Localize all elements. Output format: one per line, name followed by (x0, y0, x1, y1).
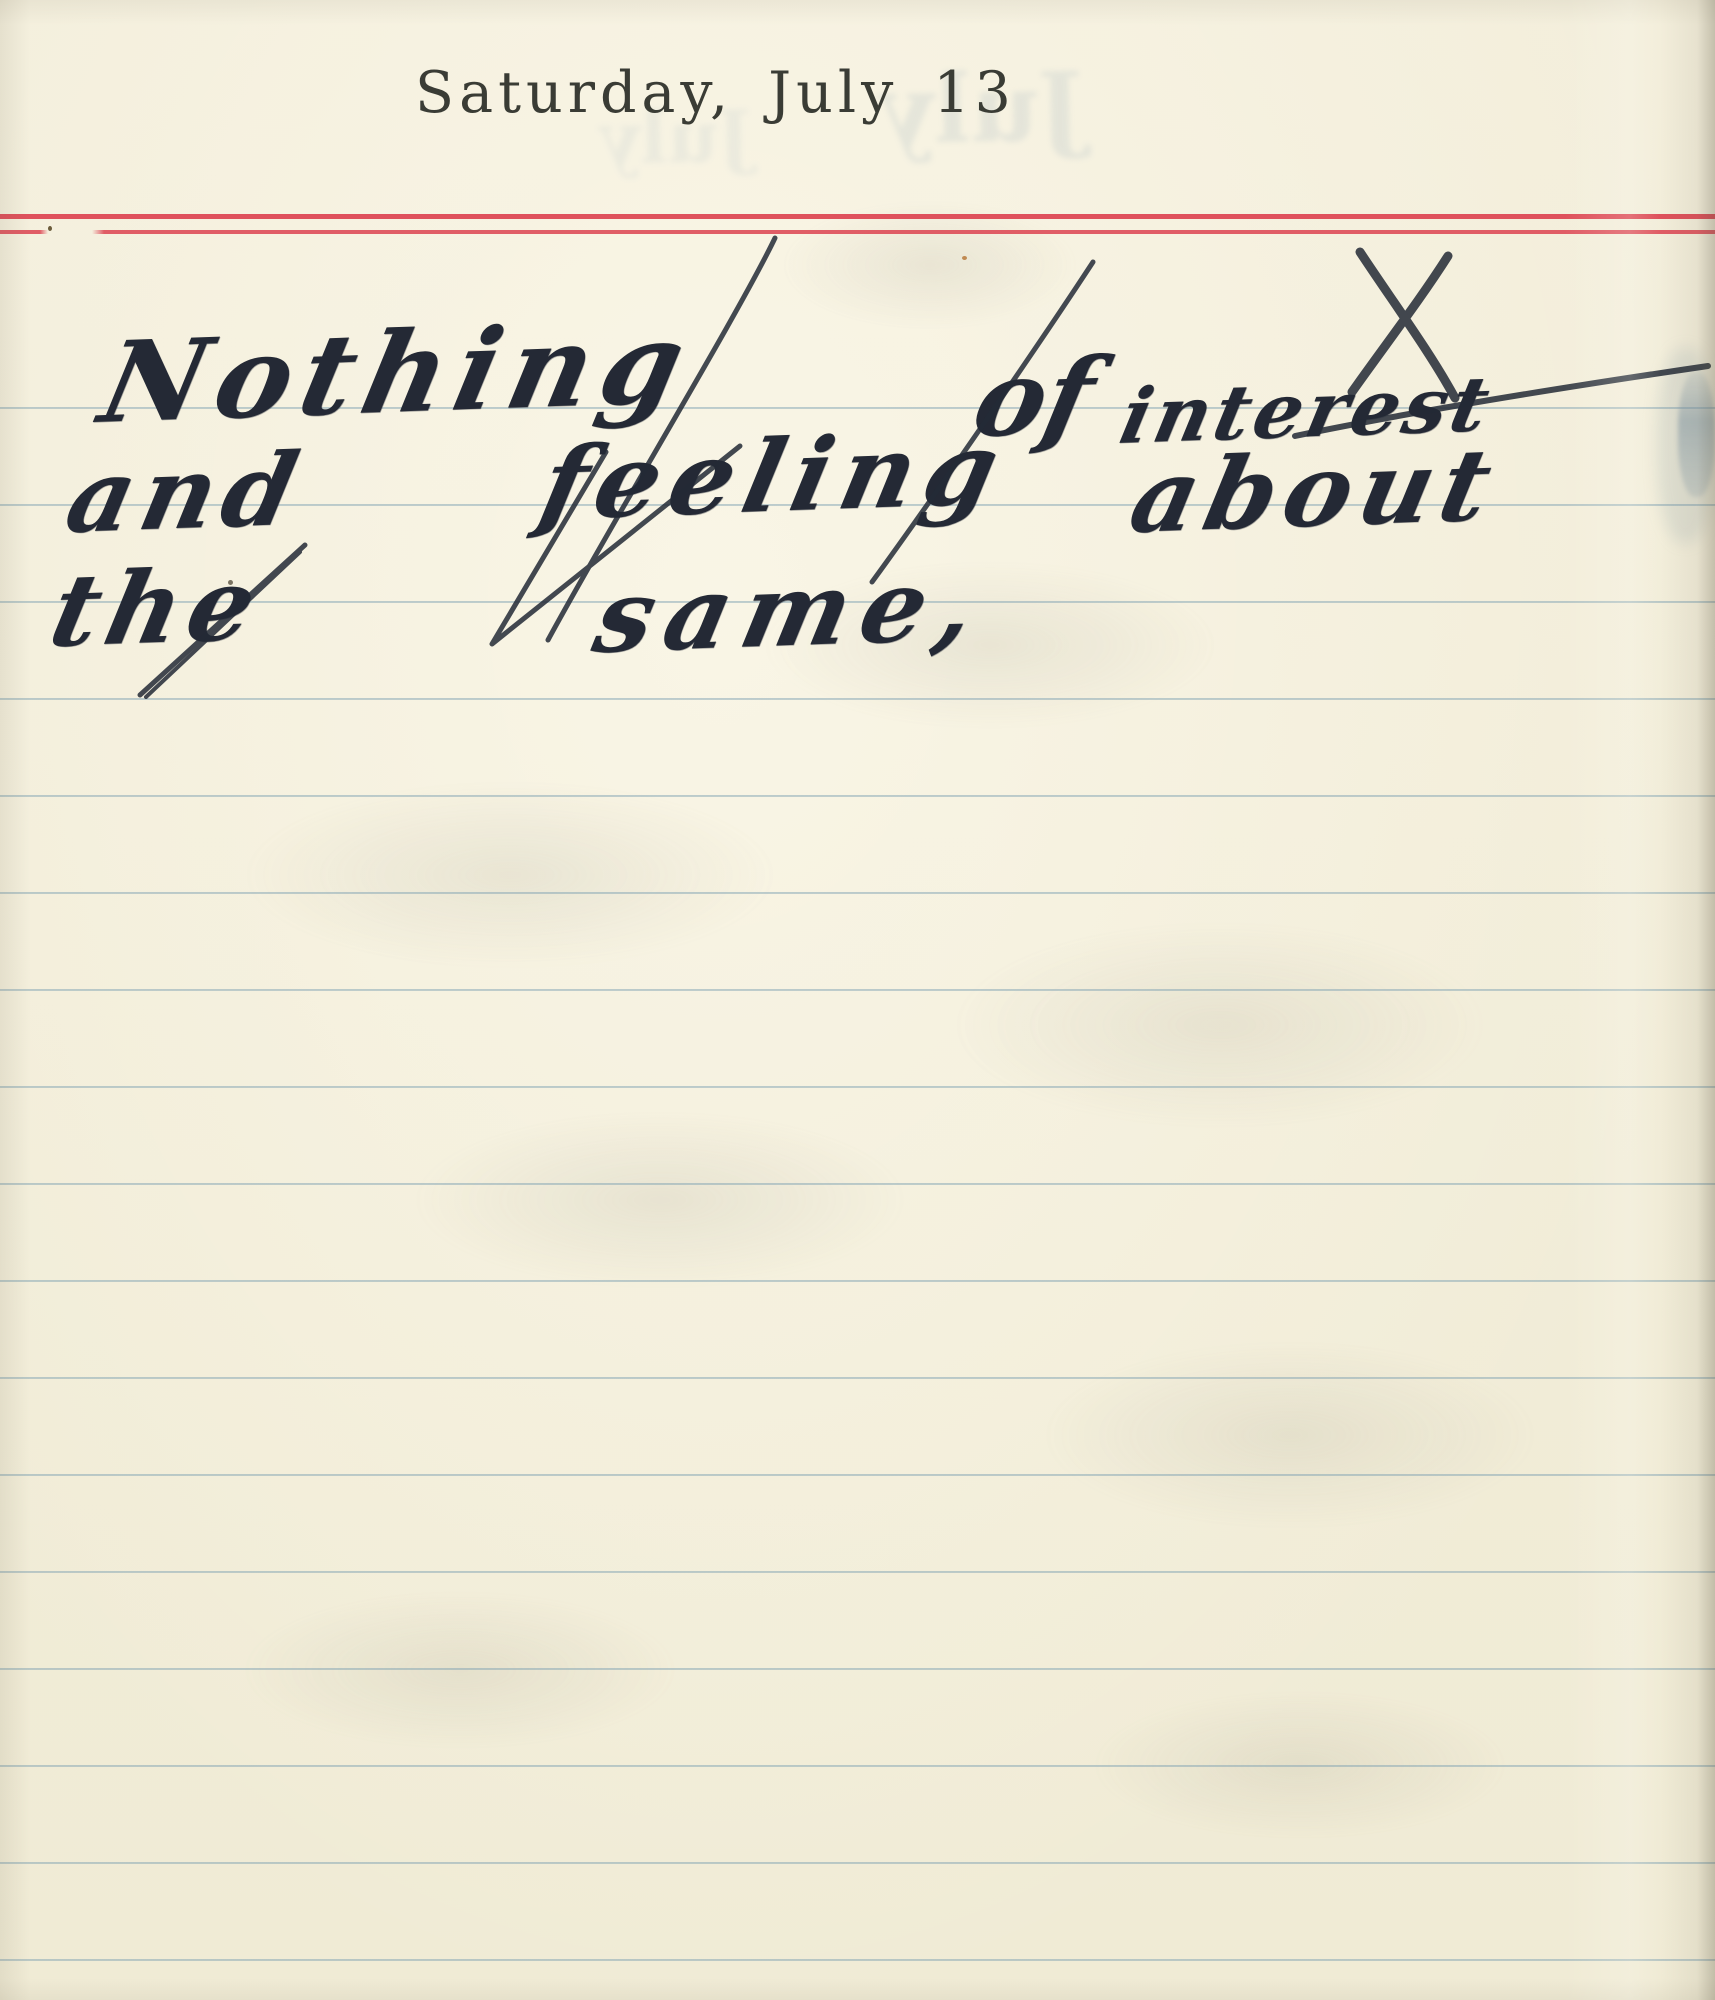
diary-page: July July Saturday, July 13 Nothing of i… (0, 0, 1715, 2000)
ink-smear (1678, 372, 1715, 497)
ink-flourish-strokes (0, 0, 1715, 2000)
